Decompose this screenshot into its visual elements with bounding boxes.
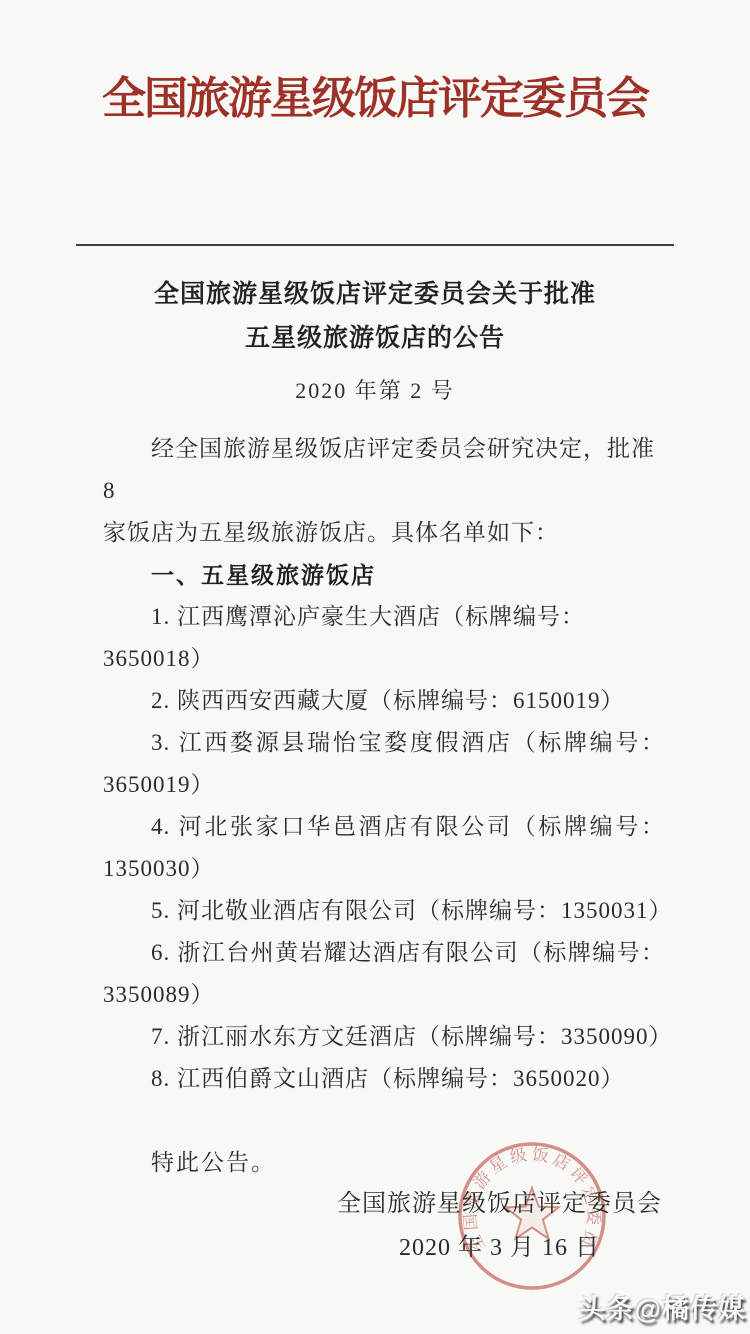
hotel-item-8: 8. 江西伯爵文山酒店（标牌编号：3650020） — [103, 1058, 665, 1100]
intro-line-1: 经全国旅游星级饭店评定委员会研究决定，批准8 — [103, 428, 665, 512]
hotel-item-5: 5. 河北敬业酒店有限公司（标牌编号：1350031） — [103, 890, 665, 932]
intro-line-2: 家饭店为五星级旅游饭店。具体名单如下： — [103, 512, 665, 554]
section-heading: 一、五星级旅游饭店 — [103, 554, 665, 596]
document-body: 经全国旅游星级饭店评定委员会研究决定，批准8 家饭店为五星级旅游饭店。具体名单如… — [0, 428, 750, 1100]
document-title: 全国旅游星级饭店评定委员会关于批准 五星级旅游饭店的公告 — [0, 272, 750, 360]
hotel-item-6-line1: 6. 浙江台州黄岩耀达酒店有限公司（标牌编号： — [103, 932, 665, 974]
hotel-item-2: 2. 陕西西安西藏大厦（标牌编号：6150019） — [103, 680, 665, 722]
header-divider-line — [76, 244, 674, 246]
signature-org: 全国旅游星级饭店评定委员会 — [337, 1182, 662, 1226]
closing-statement: 特此公告。 — [0, 1142, 750, 1184]
scanned-announcement-page: 全国旅游星级饭店评定委员会 全国旅游星级饭店评定委员会关于批准 五星级旅游饭店的… — [0, 0, 750, 1334]
hotel-item-7: 7. 浙江丽水东方文廷酒店（标牌编号：3350090） — [103, 1016, 665, 1058]
signature-block: 全国旅游星级饭店评定委员会 2020 年 3 月 16 日 — [337, 1182, 662, 1270]
watermark-badge: 头条@橘传媒 — [579, 1287, 746, 1326]
hotel-item-6-line2: 3350089） — [103, 974, 665, 1016]
hotel-item-3-line1: 3. 江西婺源县瑞怡宝婺度假酒店（标牌编号： — [103, 722, 665, 764]
hotel-item-4-line1: 4. 河北张家口华邑酒店有限公司（标牌编号： — [103, 806, 665, 848]
document-title-line2: 五星级旅游饭店的公告 — [0, 316, 750, 360]
document-title-line1: 全国旅游星级饭店评定委员会关于批准 — [0, 272, 750, 316]
signature-date: 2020 年 3 月 16 日 — [337, 1226, 662, 1270]
issuing-org-title: 全国旅游星级饭店评定委员会 — [0, 0, 750, 126]
hotel-item-4-line2: 1350030） — [103, 848, 665, 890]
hotel-item-1: 1. 江西鹰潭沁庐豪生大酒店（标牌编号：3650018） — [103, 596, 665, 680]
document-number: 2020 年第 2 号 — [0, 376, 750, 406]
hotel-item-3-line2: 3650019） — [103, 764, 665, 806]
